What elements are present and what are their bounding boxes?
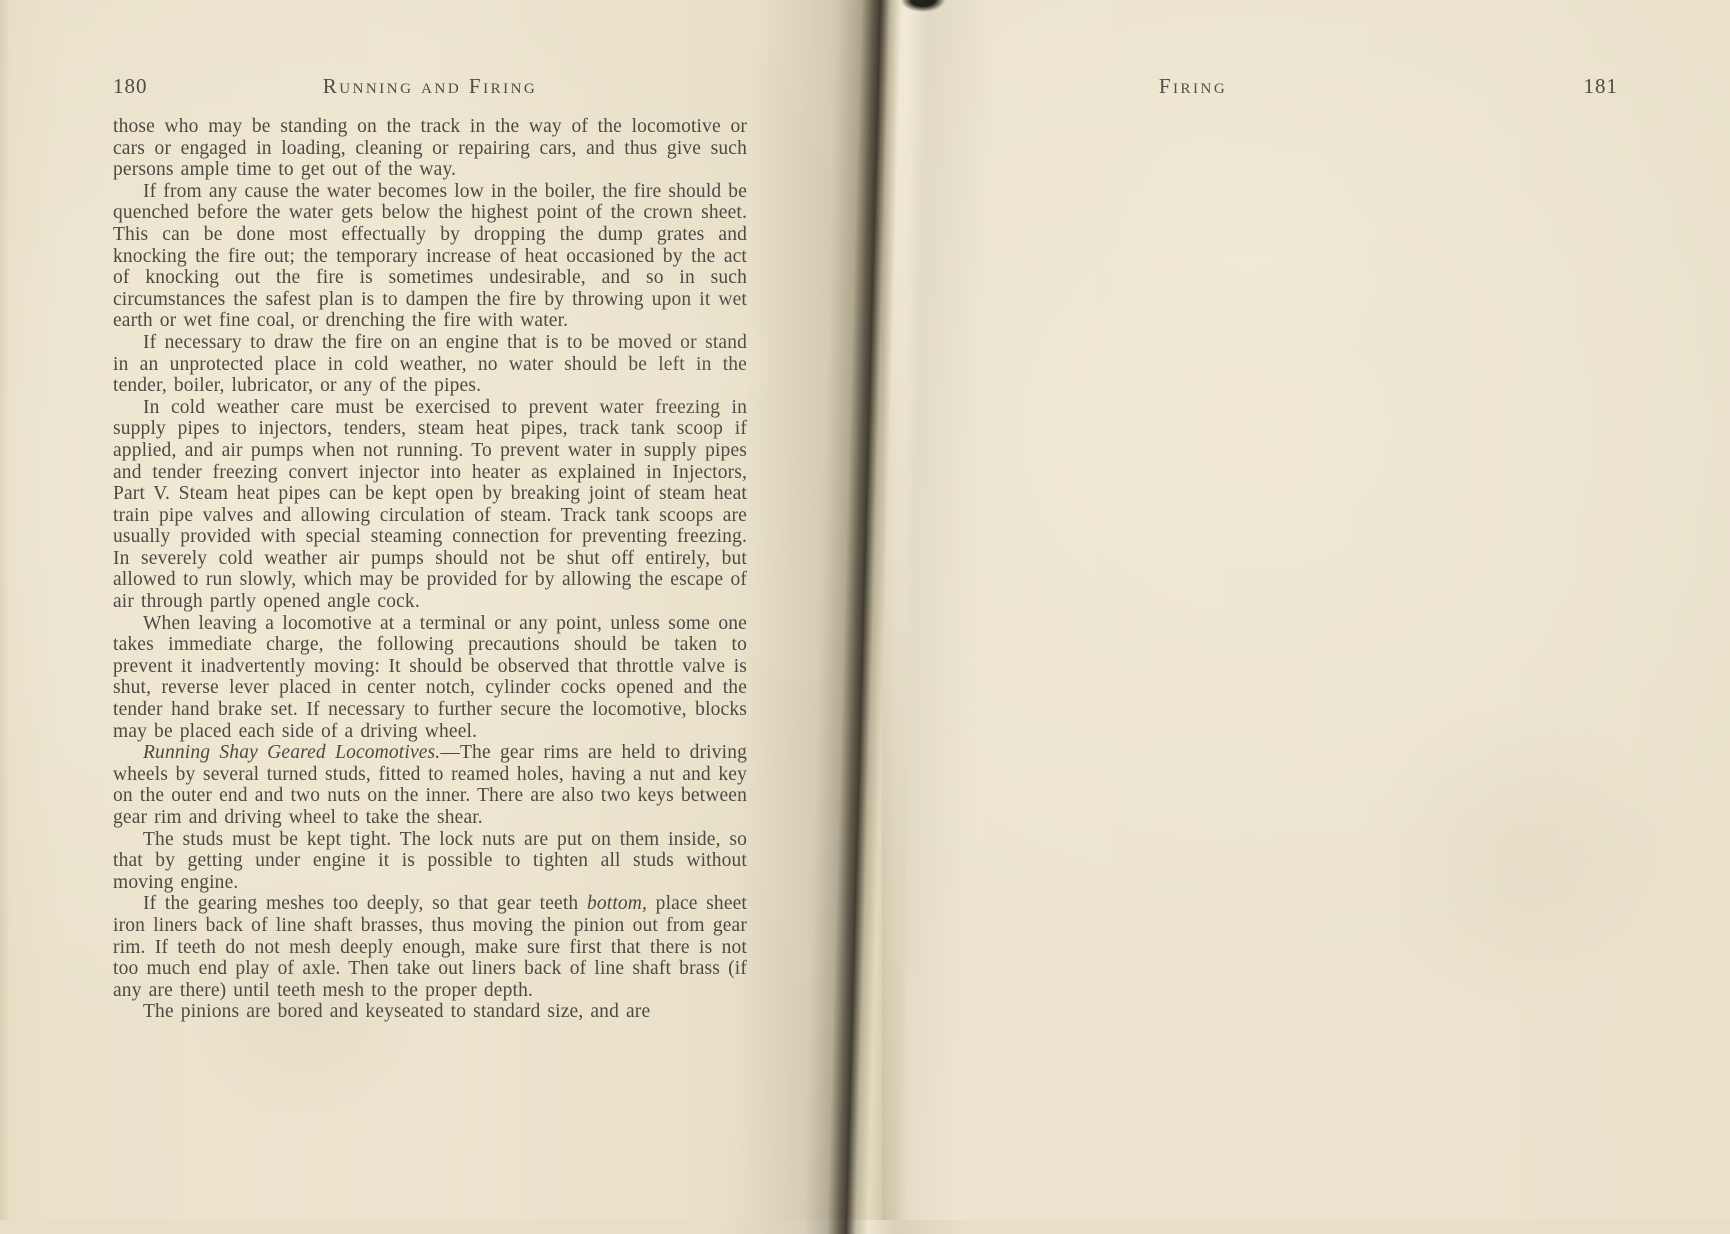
running-head-title-right: Firing xyxy=(871,74,1515,99)
running-head-title-left: Running and Firing xyxy=(113,74,747,99)
page-number-right: 181 xyxy=(1584,74,1619,99)
book-spread: 180 Running and Firing those who may be … xyxy=(0,0,1730,1220)
text-run: When leaving a locomotive at a terminal … xyxy=(113,613,747,742)
text-run: In cold weather care must be exercised t… xyxy=(113,397,747,612)
running-head-left: 180 Running and Firing xyxy=(113,74,747,104)
paragraph: The pinions are bored and keyseated to s… xyxy=(113,1001,747,1023)
running-head-right: Firing 181 xyxy=(986,74,1630,104)
text-run: those who may be standing on the track i… xyxy=(113,116,747,180)
paragraph: If from any cause the water becomes low … xyxy=(113,181,747,332)
paragraph: those who may be standing on the track i… xyxy=(113,116,747,181)
paragraph: Running Shay Geared Locomotives.—The gea… xyxy=(113,742,747,828)
paragraph: In cold weather care must be exercised t… xyxy=(113,397,747,613)
italic-run: bottom, xyxy=(587,893,647,914)
text-run: The studs must be kept tight. The lock n… xyxy=(113,829,747,893)
italic-run: Running Shay Geared Locomotives. xyxy=(143,742,440,763)
text-run: If from any cause the water becomes low … xyxy=(113,181,747,332)
text-run: If necessary to draw the fire on an engi… xyxy=(113,332,747,396)
paragraph: If the gearing meshes too deeply, so tha… xyxy=(113,893,747,1001)
page-left: 180 Running and Firing those who may be … xyxy=(0,0,882,1220)
paragraph: If necessary to draw the fire on an engi… xyxy=(113,332,747,397)
paragraph: When leaving a locomotive at a terminal … xyxy=(113,613,747,743)
paragraph: The studs must be kept tight. The lock n… xyxy=(113,829,747,894)
text-run: The pinions are bored and keyseated to s… xyxy=(143,1001,650,1022)
text-run: If the gearing meshes too deeply, so tha… xyxy=(143,893,587,914)
page-right: Firing 181 pressed on line shaft by hydr… xyxy=(882,0,1730,1220)
left-page-text: those who may be standing on the track i… xyxy=(113,116,747,1096)
